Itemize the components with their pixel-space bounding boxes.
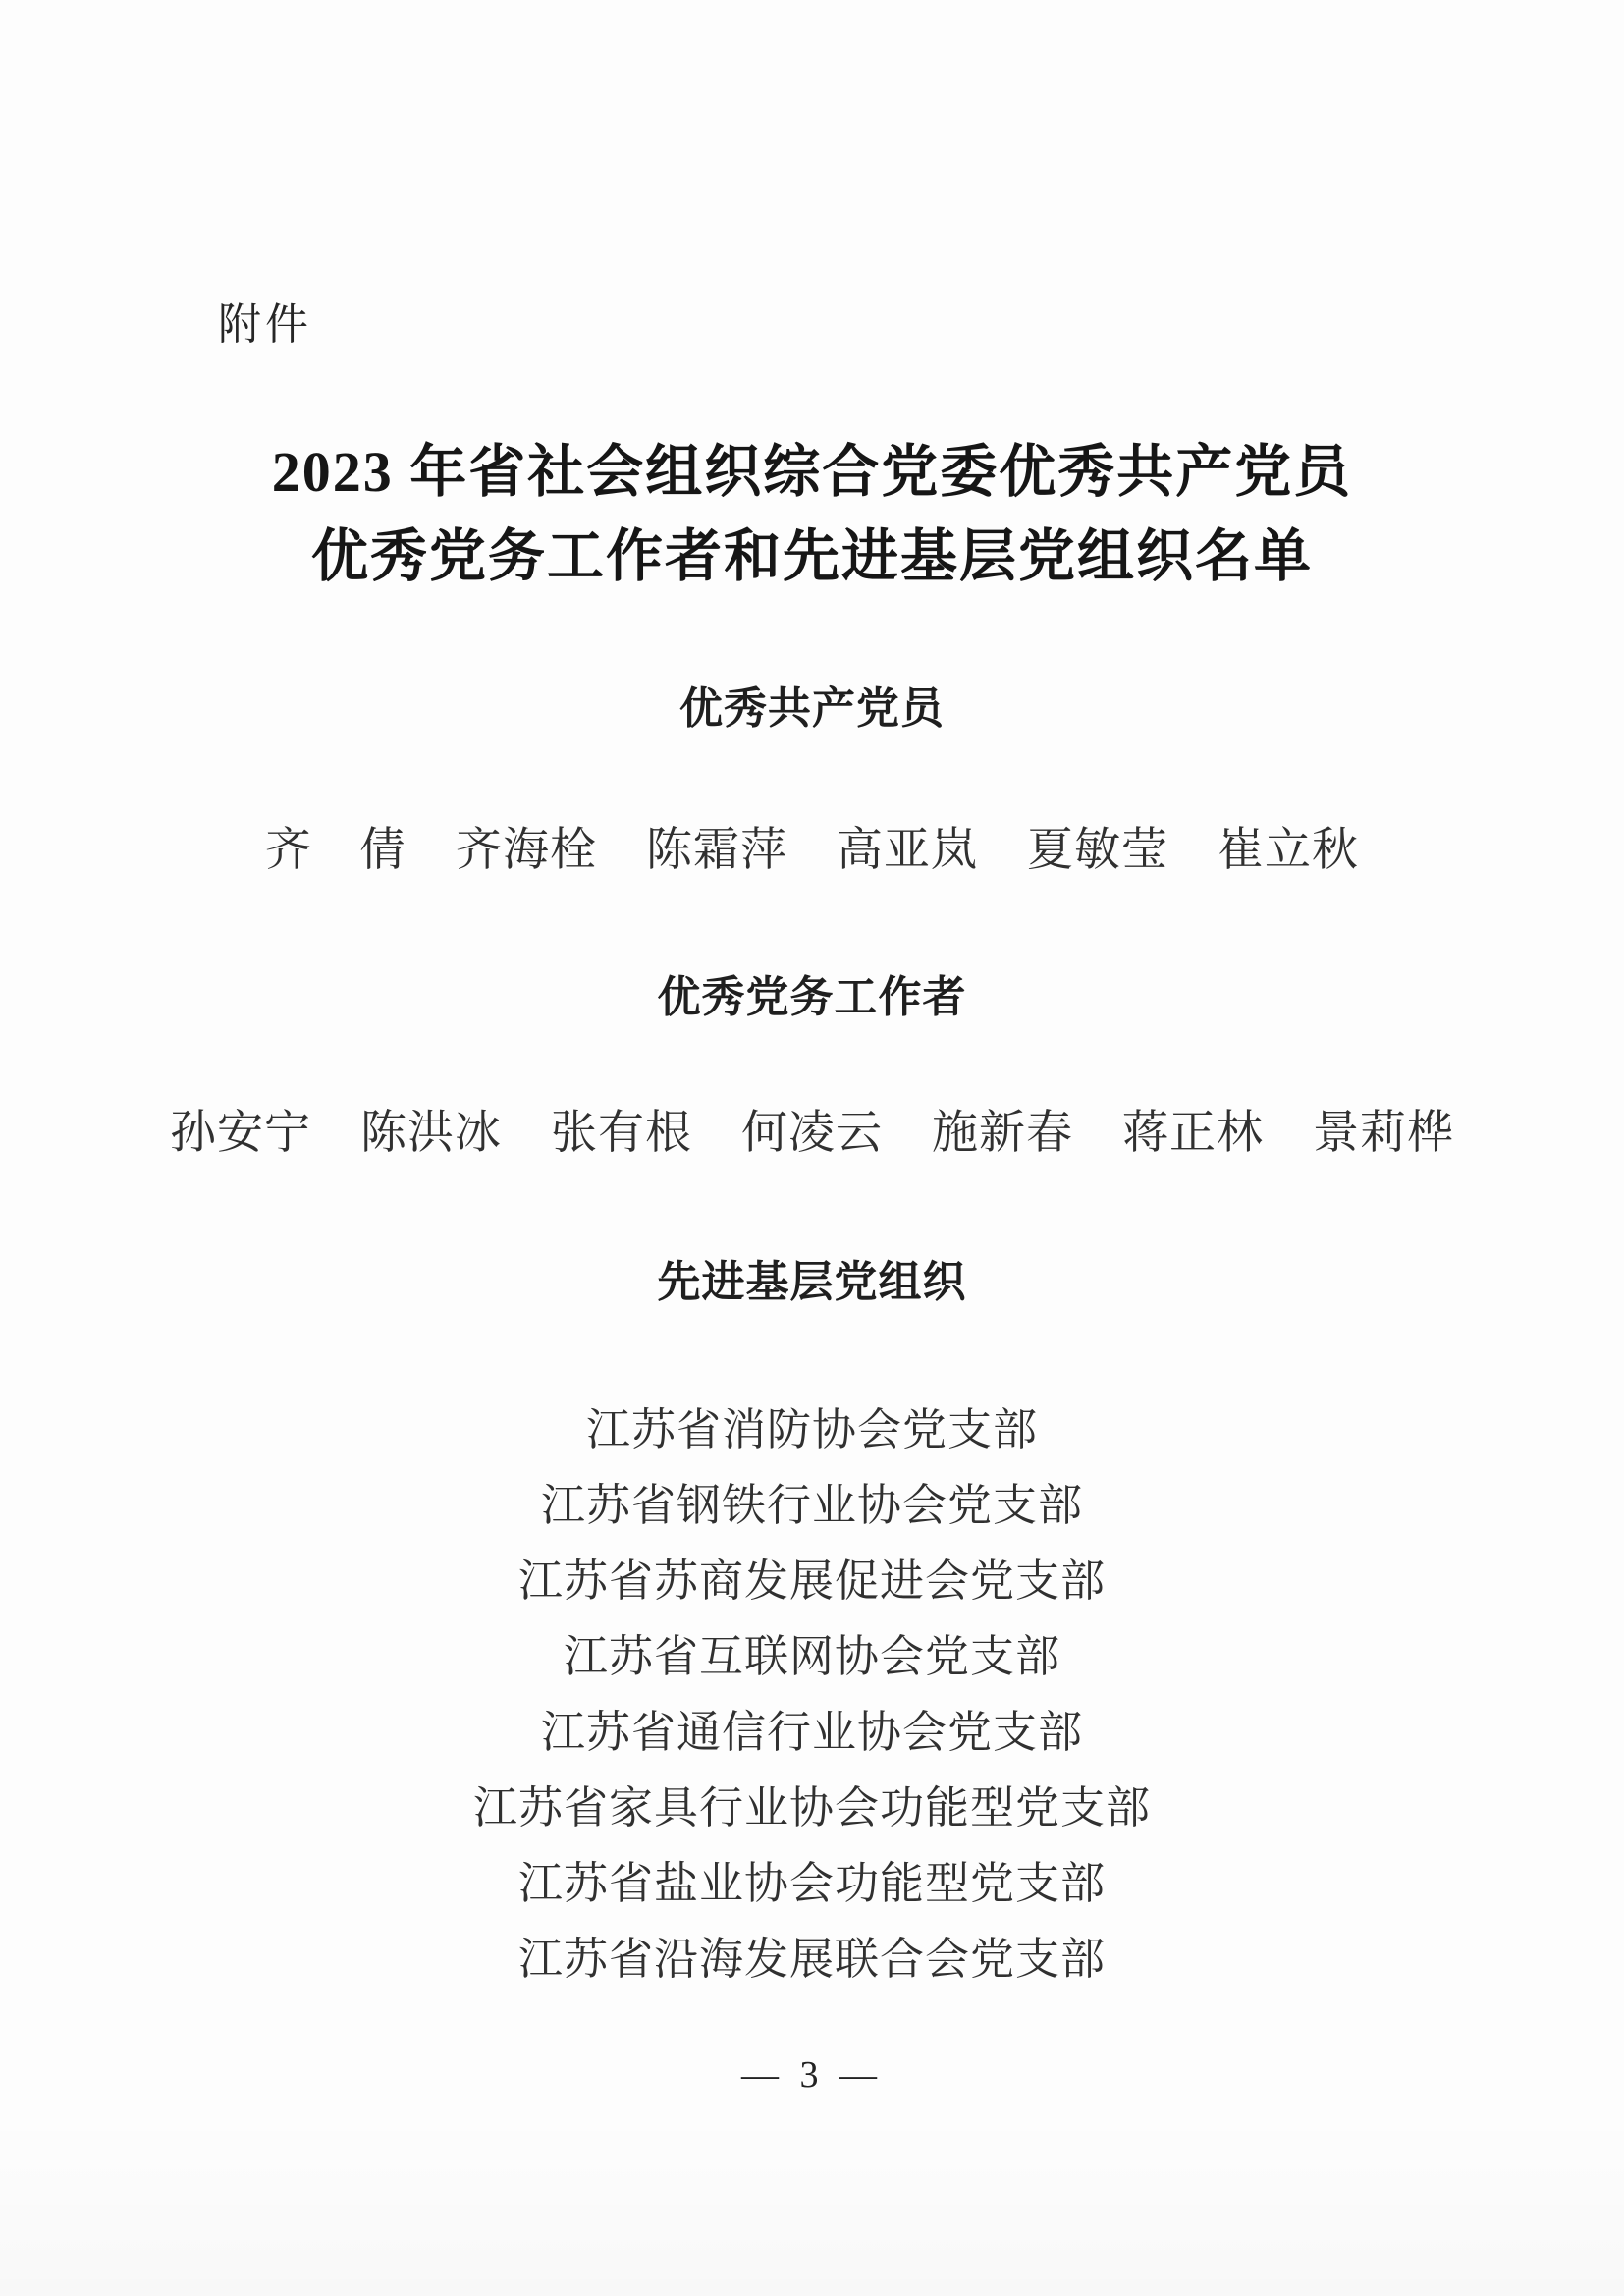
organization-list-item: 江苏省钢铁行业协会党支部 xyxy=(0,1468,1624,1544)
document-title: 2023 年省社会组织综合党委优秀共产党员 优秀党务工作者和先进基层党组织名单 xyxy=(0,430,1624,599)
member-name: 陈霜萍 xyxy=(646,823,787,878)
member-name: 高亚岚 xyxy=(837,823,978,878)
page-number: — 3 — xyxy=(0,2054,1624,2096)
member-name: 齐海栓 xyxy=(456,823,597,878)
worker-name: 景莉桦 xyxy=(1313,1106,1454,1161)
organization-list-item: 江苏省盐业协会功能型党支部 xyxy=(0,1846,1624,1922)
attachment-label: 附件 xyxy=(218,301,312,350)
organization-list-item: 江苏省家具行业协会功能型党支部 xyxy=(0,1771,1624,1846)
worker-name: 陈洪冰 xyxy=(360,1106,502,1161)
member-name: 夏敏莹 xyxy=(1027,823,1168,878)
member-name: 齐 倩 xyxy=(265,823,406,878)
member-name: 崔立秋 xyxy=(1218,823,1359,878)
organization-list: 江苏省消防协会党支部江苏省钢铁行业协会党支部江苏省苏商发展促进会党支部江苏省互联… xyxy=(0,1393,1624,1997)
names-row-outstanding-members: 齐 倩齐海栓陈霜萍高亚岚夏敏莹崔立秋 xyxy=(0,823,1624,878)
organization-list-item: 江苏省沿海发展联合会党支部 xyxy=(0,1922,1624,1997)
organization-list-item: 江苏省通信行业协会党支部 xyxy=(0,1695,1624,1771)
organization-list-item: 江苏省消防协会党支部 xyxy=(0,1393,1624,1468)
title-line-2: 优秀党务工作者和先进基层党组织名单 xyxy=(0,515,1624,599)
worker-name: 孙安宁 xyxy=(170,1106,311,1161)
section-heading-advanced-organizations: 先进基层党组织 xyxy=(0,1259,1624,1306)
section-heading-outstanding-workers: 优秀党务工作者 xyxy=(0,974,1624,1021)
title-line-1: 2023 年省社会组织综合党委优秀共产党员 xyxy=(0,430,1624,515)
worker-name: 何凌云 xyxy=(741,1106,883,1161)
organization-list-item: 江苏省苏商发展促进会党支部 xyxy=(0,1544,1624,1619)
names-row-outstanding-workers: 孙安宁陈洪冰张有根何凌云施新春蒋正林景莉桦 xyxy=(0,1106,1624,1161)
worker-name: 施新春 xyxy=(932,1106,1073,1161)
document-page: 附件 2023 年省社会组织综合党委优秀共产党员 优秀党务工作者和先进基层党组织… xyxy=(0,0,1624,2296)
worker-name: 蒋正林 xyxy=(1122,1106,1264,1161)
worker-name: 张有根 xyxy=(551,1106,692,1161)
section-heading-outstanding-members: 优秀共产党员 xyxy=(0,685,1624,733)
organization-list-item: 江苏省互联网协会党支部 xyxy=(0,1619,1624,1695)
